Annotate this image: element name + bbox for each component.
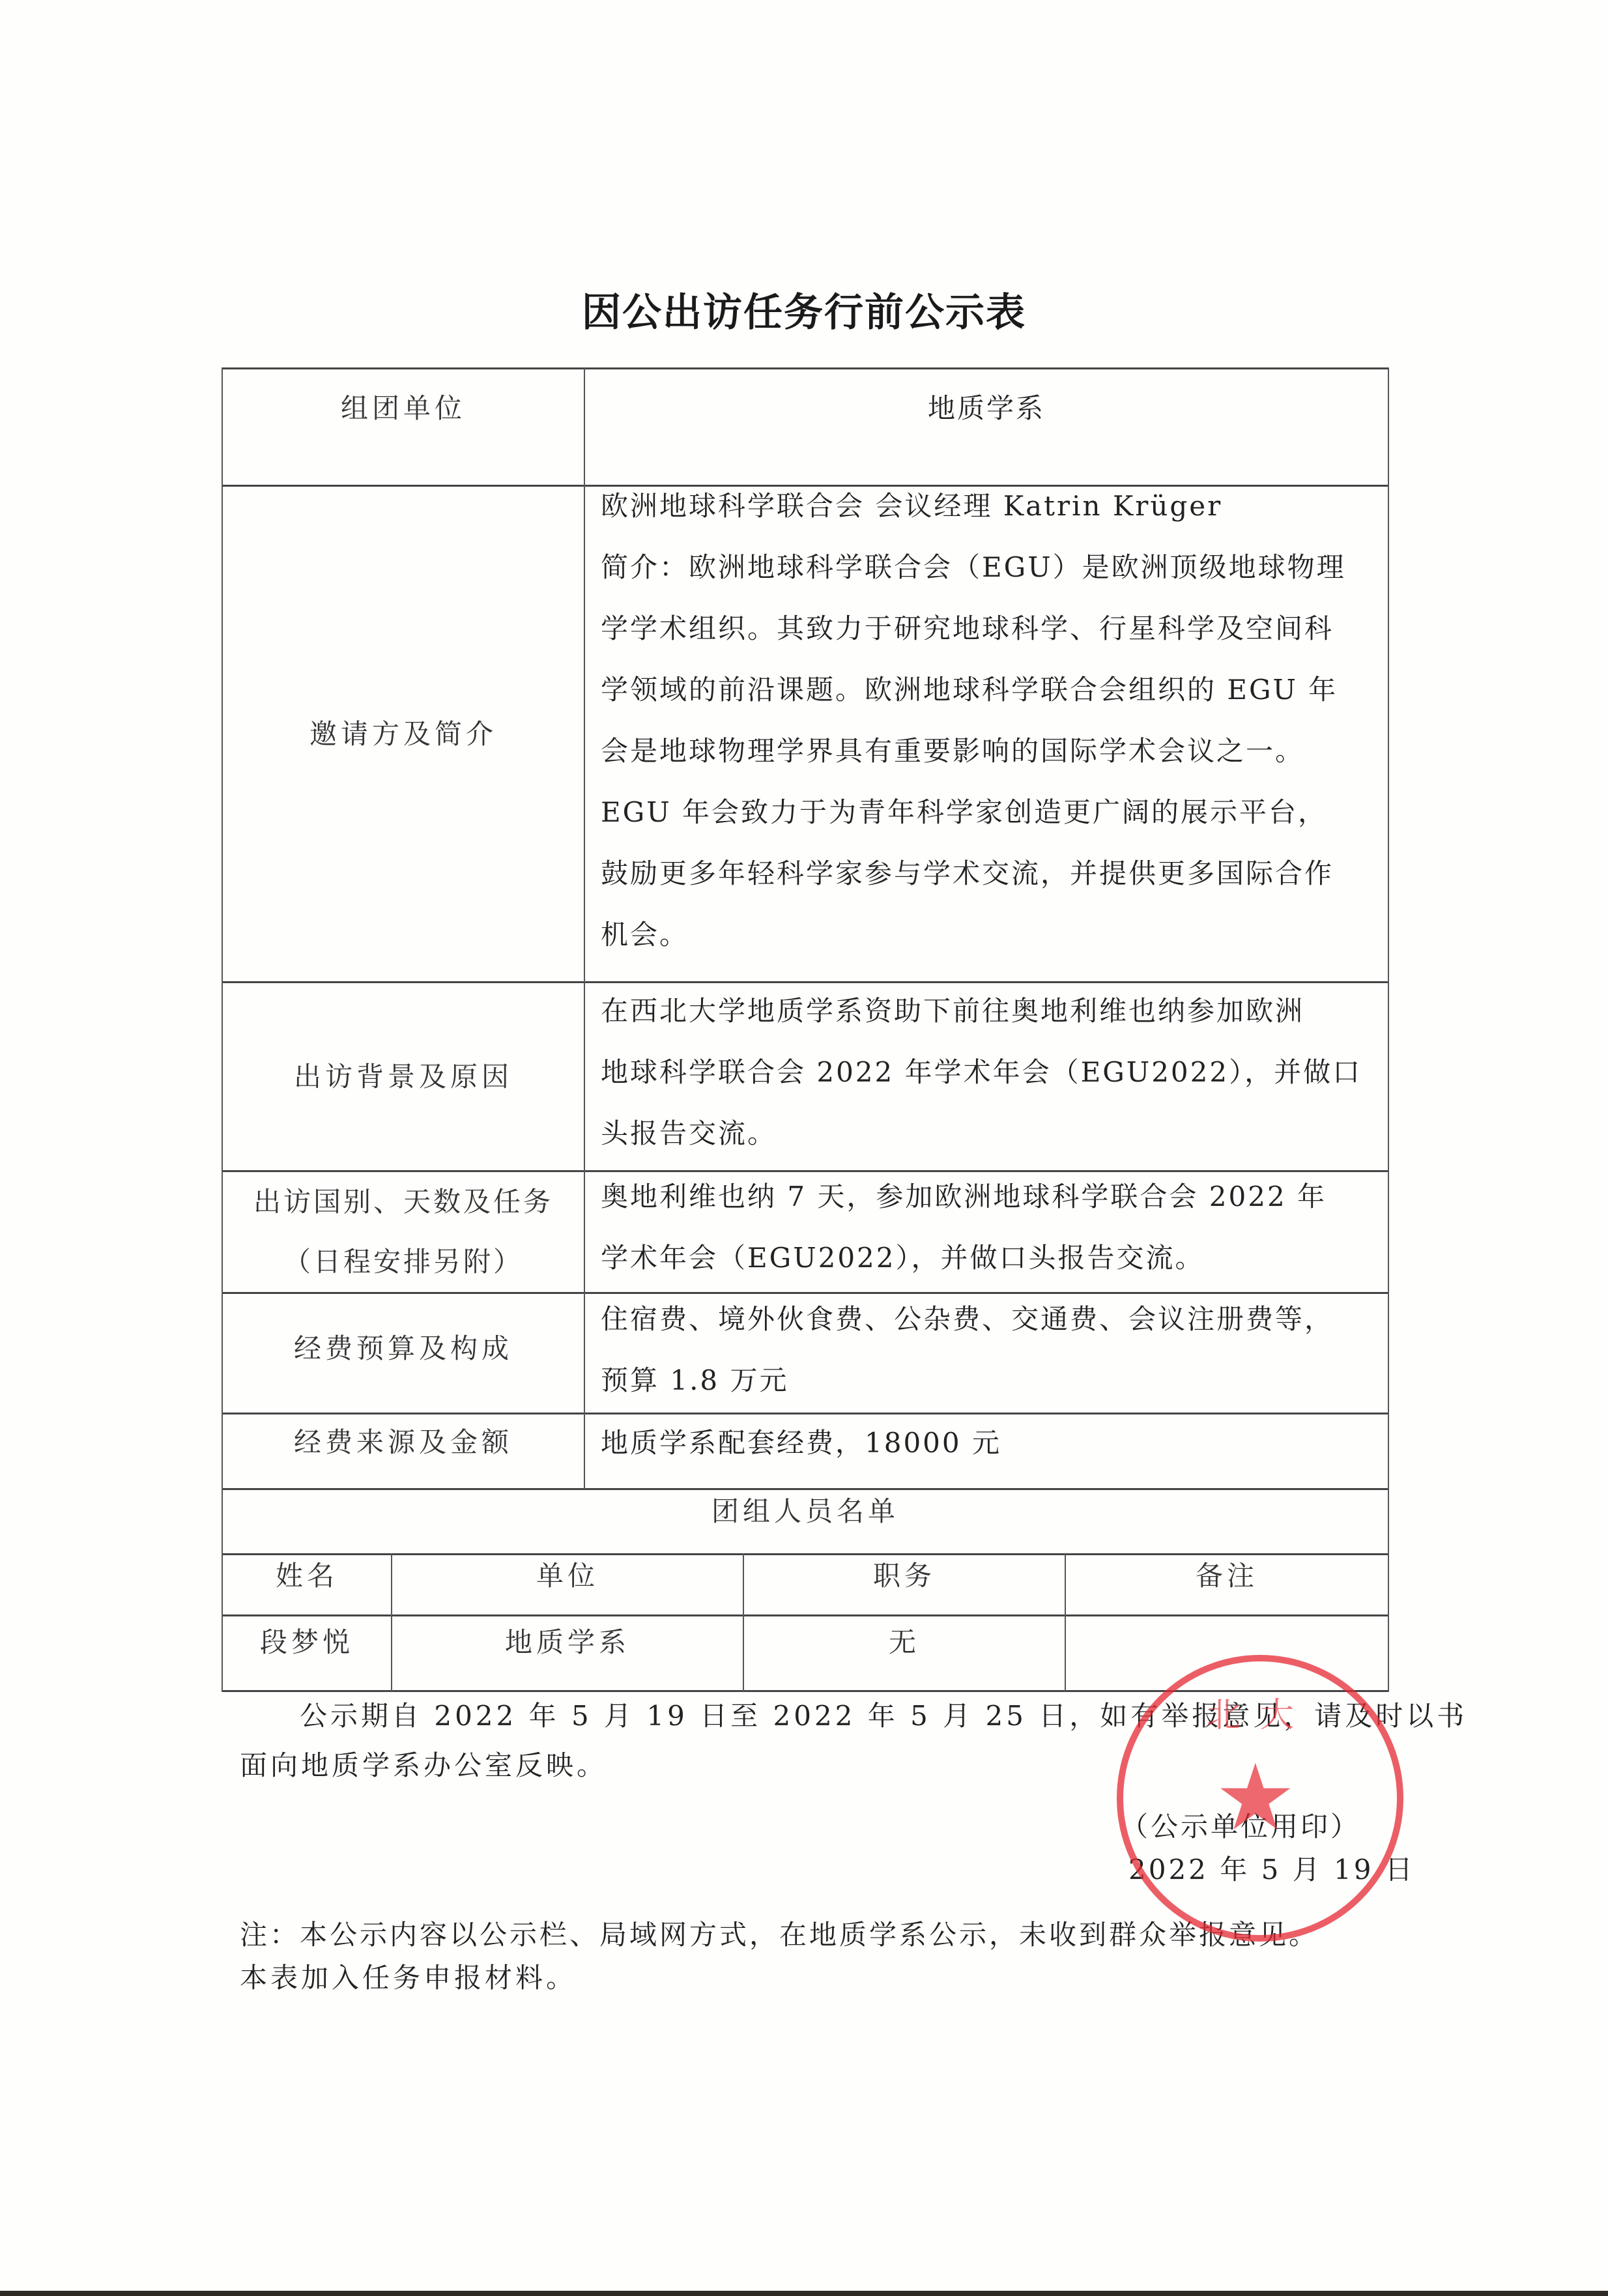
scan-edge [0,2291,1608,2296]
table-border-right [1388,367,1389,1692]
members-header-remarks: 备注 [1066,1555,1388,1597]
label-visit-background: 出访背景及原因 [223,983,584,1170]
text-line: 预算 1.8 万元 [601,1350,1376,1411]
text-line: 机会。 [601,904,1376,966]
member-name: 段梦悦 [223,1616,391,1669]
text-line: 住宿费、境外伙食费、公杂费、交通费、会议注册费等， [601,1289,1376,1350]
member-unit: 地质学系 [392,1616,743,1669]
label-line: （日程安排另附） [283,1232,523,1292]
value-organizing-unit: 地质学系 [585,369,1388,448]
text-line: 奥地利维也纳 7 天，参加欧洲地球科学联合会 2022 年 [601,1166,1376,1227]
text-line: 简介：欧洲地球科学联合会（EGU）是欧洲顶级地球物理 [601,537,1376,598]
label-budget-composition: 经费预算及构成 [223,1294,584,1403]
members-header-name: 姓名 [223,1555,391,1597]
text-line: 欧洲地球科学联合会 会议经理 Katrin Krüger [601,476,1376,537]
text-line: 会是地球物理学界具有重要影响的国际学术会议之一。 [601,721,1376,782]
text-line: EGU 年会致力于为青年科学家创造更广阔的展示平台， [601,782,1376,843]
label-country-days-task: 出访国别、天数及任务 （日程安排另附） [223,1172,584,1292]
label-organizing-unit: 组团单位 [223,369,584,448]
value-visit-background: 在西北大学地质学系资助下前往奥地利维也纳参加欧洲 地球科学联合会 2022 年学… [585,981,1388,1170]
members-header-position: 职务 [744,1555,1065,1597]
label-inviter-intro: 邀请方及简介 [223,487,584,982]
text-line: 学术年会（EGU2022），并做口头报告交流。 [601,1227,1376,1289]
text-line: 鼓励更多年轻科学家参与学术交流，并提供更多国际合作 [601,843,1376,904]
members-header-unit: 单位 [392,1555,743,1597]
seal-label: （公示单位用印） [1121,1802,1360,1852]
member-position: 无 [744,1616,1065,1669]
value-funding-source: 地质学系配套经费，18000 元 [585,1413,1388,1474]
text-line: 学领域的前沿课题。欧洲地球科学联合会组织的 EGU 年 [601,659,1376,721]
members-section-title: 团组人员名单 [223,1490,1388,1533]
note-line1: 注：本公示内容以公示栏、局域网方式，在地质学系公示，未收到群众举报意见。 [240,1910,1319,1960]
notice-period-line2: 面向地质学系办公室反映。 [240,1741,607,1790]
value-inviter-intro: 欧洲地球科学联合会 会议经理 Katrin Krüger 简介：欧洲地球科学联合… [585,476,1388,981]
label-funding-source: 经费来源及金额 [223,1414,584,1471]
text-line: 地球科学联合会 2022 年学术年会（EGU2022），并做口 [601,1042,1376,1103]
note-line2: 本表加入任务申报材料。 [240,1953,577,2003]
document-title: 因公出访任务行前公示表 [0,281,1608,337]
value-budget-composition: 住宿费、境外伙食费、公杂费、交通费、会议注册费等， 预算 1.8 万元 [585,1289,1388,1413]
notice-period-line1: 公示期自 2022 年 5 月 19 日至 2022 年 5 月 25 日，如有… [300,1691,1467,1741]
text-line: 头报告交流。 [601,1103,1376,1164]
member-remarks [1066,1616,1388,1669]
text-line: 在西北大学地质学系资助下前往奥地利维也纳参加欧洲 [601,981,1376,1042]
notice-date: 2022 年 5 月 19 日 [1128,1845,1415,1895]
value-country-days-task: 奥地利维也纳 7 天，参加欧洲地球科学联合会 2022 年 学术年会（EGU20… [585,1166,1388,1290]
label-line: 出访国别、天数及任务 [253,1172,553,1232]
text-line: 学学术组织。其致力于研究地球科学、行星科学及空间科 [601,598,1376,659]
